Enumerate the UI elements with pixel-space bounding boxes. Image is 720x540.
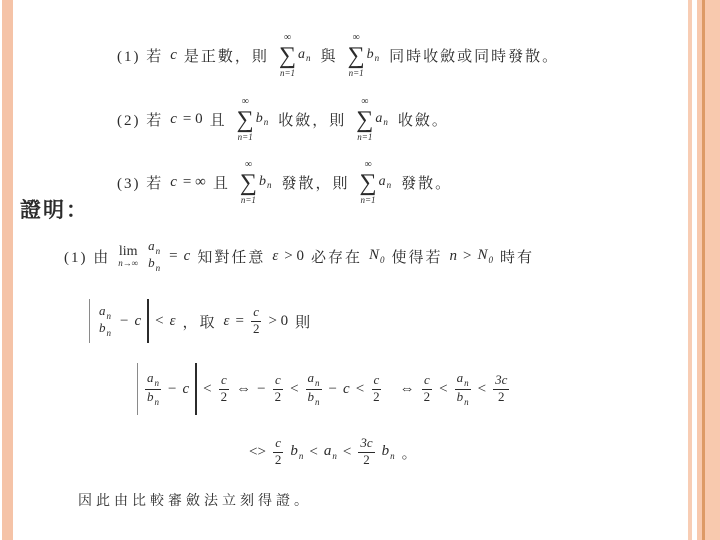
sub-n: n (383, 117, 388, 127)
fraction-numerator: c (273, 373, 283, 390)
statement-3-mid: 發散，則 (281, 172, 349, 193)
var-b: b (259, 174, 266, 189)
sub-n: n (387, 180, 392, 190)
sum-lower-limit: n=1 (349, 69, 364, 78)
sigma-symbol: ∑ (237, 108, 254, 132)
fraction-an-bn: an bn (97, 304, 113, 338)
fraction-an-bn: an bn (146, 239, 162, 273)
infinity-symbol: ∞ (284, 33, 291, 43)
equals-sign: = (235, 313, 243, 330)
less-than-sign: < (155, 313, 163, 330)
fraction-denominator: bn (306, 390, 322, 407)
sub-n: n (315, 378, 320, 388)
lim-symbol: lim (119, 245, 138, 259)
sub-n: n (107, 328, 112, 338)
fraction-an-bn: an bn (306, 371, 322, 407)
sub-n: n (156, 246, 161, 256)
proof-1-then: 時有 (500, 246, 534, 267)
var-c: c (184, 248, 191, 265)
less-than-sign: < (439, 381, 447, 398)
fraction-denominator: 2 (273, 390, 284, 405)
fraction-3c-2: 3c 2 (358, 436, 374, 468)
proof-2-then: 則 (295, 311, 312, 332)
fraction-denominator: 2 (273, 453, 284, 468)
proof-1-exist: 必存在 (311, 246, 362, 267)
var-b: b (256, 111, 263, 126)
sub-n: n (155, 378, 160, 388)
sigma-symbol: ∑ (356, 108, 373, 132)
var-a: a (148, 238, 155, 253)
series-sum-bn: ∞ ∑ n=1 bn (348, 33, 380, 78)
fraction-denominator: 2 (496, 390, 507, 405)
var-b: b (290, 443, 298, 459)
fraction-numerator: an (97, 304, 113, 321)
right-border-stripe-wide (697, 0, 720, 540)
fraction-denominator: 2 (371, 390, 382, 405)
var-b: b (308, 389, 315, 404)
infinity-symbol: ∞ (364, 160, 371, 170)
infinity-symbol: ∞ (361, 97, 368, 107)
less-than-sign: < (309, 444, 317, 461)
sub-n: n (375, 53, 380, 63)
statement-1: (1) 若 c 是正數，則 ∞ ∑ n=1 an 與 ∞ ∑ n=1 bn 同時… (113, 28, 563, 82)
infinity-symbol: ∞ (242, 97, 249, 107)
sigma-notation: ∞ ∑ n=1 (237, 97, 254, 142)
equals-sign: = (169, 248, 177, 265)
proof-line-4: <> c 2 bn < an < 3c 2 bn 。 (246, 428, 423, 476)
term-an: an (324, 443, 337, 461)
iff-symbol: ⇔ (400, 381, 415, 398)
sigma-symbol: ∑ (348, 44, 365, 68)
sigma-notation: ∞ ∑ n=1 (279, 33, 296, 78)
minus-sign: − (168, 381, 176, 398)
fraction-3c-2: 3c 2 (493, 373, 509, 405)
var-N0: N0 (369, 247, 385, 265)
less-than-sign: < (290, 381, 298, 398)
statement-3-prefix: (3) 若 (117, 172, 163, 193)
equals-zero: = 0 (183, 111, 203, 128)
statement-2: (2) 若 c = 0 且 ∞ ∑ n=1 bn 收斂，則 ∞ ∑ n=1 an… (113, 92, 453, 146)
proof-conclusion: 因此由比較審斂法立刻得證。 (78, 490, 312, 510)
fraction-numerator: c (372, 373, 382, 390)
statement-1-prefix: (1) 若 (117, 45, 163, 66)
sigma-notation: ∞ ∑ n=1 (359, 160, 376, 205)
term-an: an (375, 111, 388, 128)
fraction-c-2: c 2 (371, 373, 382, 405)
var-b: b (367, 47, 374, 62)
var-N: N (477, 247, 487, 263)
var-a: a (99, 303, 106, 318)
var-a: a (308, 370, 315, 385)
less-than-sign: < (478, 381, 486, 398)
term-bn: bn (367, 47, 380, 64)
less-than-sign: < (203, 381, 211, 398)
limit-notation: lim n→∞ (118, 245, 138, 268)
period: 。 (402, 442, 419, 463)
term-bn: bn (382, 443, 395, 461)
fraction-denominator: bn (146, 256, 162, 273)
series-sum-an: ∞ ∑ n=1 an (356, 97, 388, 142)
fraction-c-2: c 2 (251, 305, 262, 337)
fraction-numerator: 3c (493, 373, 509, 390)
series-sum-bn: ∞ ∑ n=1 bn (240, 160, 272, 205)
greater-than-zero: > 0 (284, 248, 304, 265)
statement-2-mid: 收斂，則 (278, 109, 346, 130)
series-sum-an: ∞ ∑ n=1 an (359, 160, 391, 205)
term-an: an (298, 47, 311, 64)
iff-symbol: ⇔ (236, 381, 251, 398)
statement-2-tail: 收斂。 (398, 109, 449, 130)
sum-lower-limit: n=1 (357, 133, 372, 142)
sub-n: n (156, 263, 161, 273)
fraction-c-2: c 2 (273, 373, 284, 405)
sub-n: n (299, 451, 304, 461)
statement-3-conj: 且 (213, 172, 230, 193)
infinity-symbol: ∞ (353, 33, 360, 43)
statement-1-tail: 同時收斂或同時發散。 (389, 45, 559, 66)
statement-2-conj: 且 (210, 109, 227, 130)
statement-3: (3) 若 c = ∞ 且 ∞ ∑ n=1 bn 發散，則 ∞ ∑ n=1 an… (113, 155, 456, 209)
fraction-denominator: 2 (422, 390, 433, 405)
less-than-sign: < (343, 444, 351, 461)
fraction-an-bn: an bn (455, 371, 471, 407)
var-a: a (324, 443, 332, 459)
var-a: a (147, 370, 154, 385)
fraction-c-2: c 2 (273, 436, 284, 468)
fraction-numerator: c (219, 373, 229, 390)
sum-lower-limit: n=1 (360, 196, 375, 205)
right-border-stripe-thin (688, 0, 692, 540)
less-than-sign: < (356, 381, 364, 398)
var-a: a (379, 174, 386, 189)
abs-bar-left (137, 363, 138, 415)
var-b: b (148, 255, 155, 270)
abs-bar-right (147, 299, 149, 343)
sub-n: n (332, 451, 337, 461)
fraction-denominator: bn (145, 390, 161, 407)
proof-1-such: 使得若 (392, 246, 443, 267)
abs-bar-left (89, 299, 90, 343)
minus-sign: − (120, 313, 128, 330)
slide: { "colors": { "background": "#ffffff", "… (0, 0, 720, 540)
series-sum-an: ∞ ∑ n=1 an (279, 33, 311, 78)
equals-infinity: = ∞ (183, 174, 206, 191)
fraction-an-bn: an bn (145, 371, 161, 407)
fraction-numerator: 3c (358, 436, 374, 453)
statement-1-mid: 是正數，則 (184, 45, 269, 66)
statement-3-tail: 發散。 (401, 172, 452, 193)
abs-bar-right (195, 363, 197, 415)
sub-0: 0 (489, 255, 494, 265)
fraction-denominator: 2 (219, 390, 230, 405)
fraction-numerator: c (273, 436, 283, 453)
iff-glyph-broken: <> (249, 444, 266, 461)
var-b: b (457, 389, 464, 404)
sub-n: n (464, 378, 469, 388)
sub-n: n (306, 53, 311, 63)
sigma-symbol: ∑ (279, 44, 296, 68)
fraction-denominator: 2 (361, 453, 372, 468)
var-a: a (375, 111, 382, 126)
series-sum-bn: ∞ ∑ n=1 bn (237, 97, 269, 142)
sub-n: n (264, 117, 269, 127)
var-c: c (170, 174, 177, 191)
term-bn: bn (259, 174, 272, 191)
proof-line-2: an bn − c < ε ，取 ε = c 2 > 0 則 (86, 294, 316, 348)
fraction-numerator: an (146, 239, 162, 256)
var-n: n (450, 248, 458, 265)
term-an: an (379, 174, 392, 191)
right-border-accent-line (702, 0, 705, 540)
fraction-denominator: 2 (251, 322, 262, 337)
sigma-notation: ∞ ∑ n=1 (240, 160, 257, 205)
fraction-denominator: bn (455, 390, 471, 407)
sub-n: n (315, 397, 320, 407)
minus-sign: − (329, 381, 337, 398)
proof-1-prefix: (1) 由 (64, 246, 110, 267)
proof-line-3: an bn − c < c 2 ⇔ − c 2 < an bn − c < c … (134, 358, 513, 420)
fraction-numerator: c (251, 305, 261, 322)
sub-n: n (390, 451, 395, 461)
sub-n: n (464, 397, 469, 407)
var-c: c (170, 111, 177, 128)
fraction-denominator: bn (97, 321, 113, 338)
var-b: b (382, 443, 390, 459)
fraction-numerator: c (422, 373, 432, 390)
sub-n: n (267, 180, 272, 190)
var-N: N (369, 247, 379, 263)
fraction-numerator: an (306, 371, 322, 390)
proof-line-1: (1) 由 lim n→∞ an bn = c 知對任意 ε > 0 必存在 N… (60, 230, 538, 282)
minus-sign: − (257, 381, 265, 398)
fraction-numerator: an (455, 371, 471, 390)
term-bn: bn (256, 111, 269, 128)
statement-2-prefix: (2) 若 (117, 109, 163, 130)
sigma-notation: ∞ ∑ n=1 (356, 97, 373, 142)
var-a: a (457, 370, 464, 385)
sub-n: n (155, 397, 160, 407)
var-a: a (298, 47, 305, 62)
fraction-c-2: c 2 (422, 373, 433, 405)
var-c: c (170, 47, 177, 64)
fraction-c-2: c 2 (219, 373, 230, 405)
sum-lower-limit: n=1 (280, 69, 295, 78)
sub-n: n (107, 311, 112, 321)
var-N0: N0 (477, 247, 493, 265)
var-c: c (343, 381, 350, 398)
sigma-notation: ∞ ∑ n=1 (348, 33, 365, 78)
var-b: b (99, 320, 106, 335)
fraction-numerator: an (145, 371, 161, 390)
var-epsilon: ε (224, 313, 230, 330)
left-border-stripe (2, 0, 13, 540)
sigma-symbol: ∑ (359, 171, 376, 195)
var-b: b (147, 389, 154, 404)
sum-lower-limit: n=1 (241, 196, 256, 205)
statement-1-conj: 與 (321, 45, 338, 66)
lim-subscript: n→∞ (118, 259, 138, 268)
proof-title: 證明： (20, 194, 89, 224)
var-c: c (182, 381, 189, 398)
proof-2-take: ，取 (183, 311, 217, 332)
var-epsilon: ε (170, 313, 176, 330)
var-c: c (134, 313, 141, 330)
term-bn: bn (290, 443, 303, 461)
sum-lower-limit: n=1 (238, 133, 253, 142)
sub-0: 0 (380, 255, 385, 265)
greater-than-sign: > (463, 248, 471, 265)
var-epsilon: ε (272, 248, 278, 265)
sigma-symbol: ∑ (240, 171, 257, 195)
greater-than-zero: > 0 (268, 313, 288, 330)
proof-1-know: 知對任意 (197, 246, 265, 267)
infinity-symbol: ∞ (245, 160, 252, 170)
